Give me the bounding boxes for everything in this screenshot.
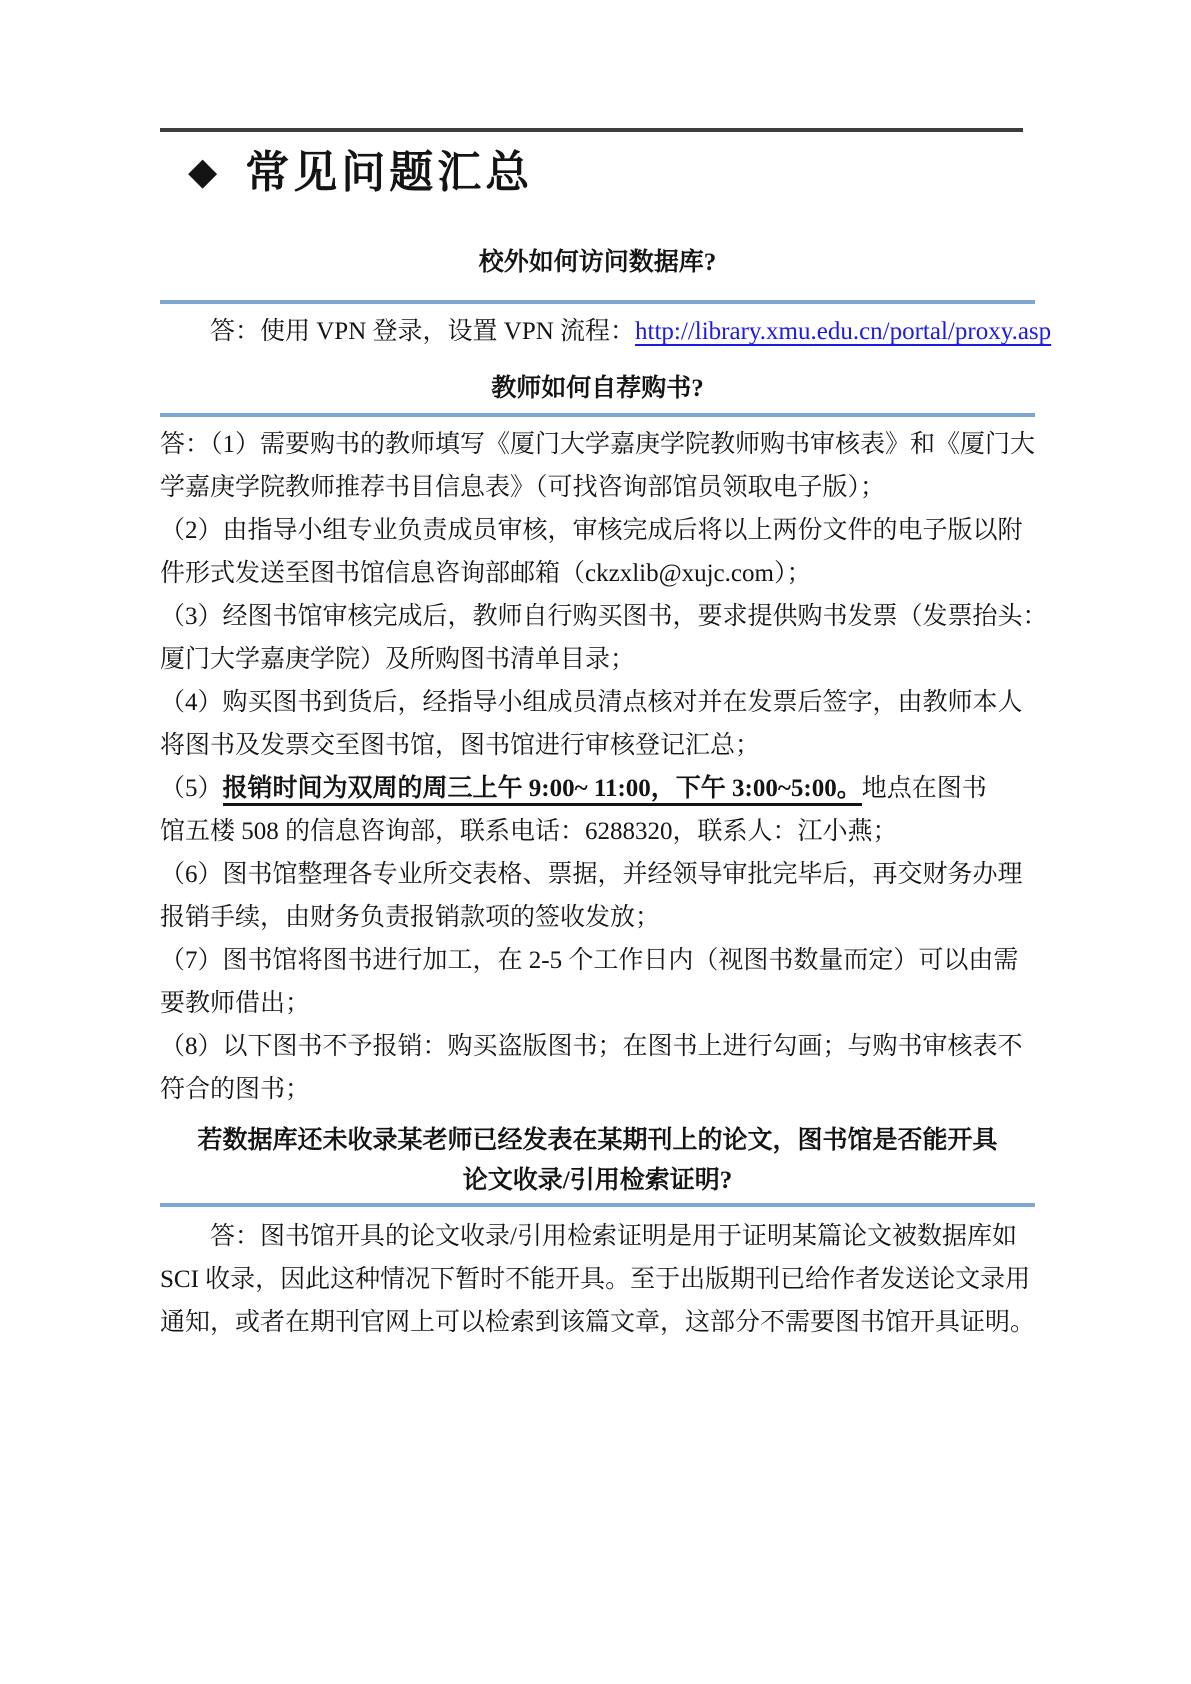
- paragraph-line: 答：（1）需要购书的教师填写《厦门大学嘉庚学院教师购书审核表》和《厦门大: [160, 423, 1035, 466]
- question-heading-book-recommendation: 教师如何自荐购书?: [160, 374, 1035, 417]
- answer-citation-certificate: 答：图书馆开具的论文收录/引用检索证明是用于证明某篇论文被数据库如 SCI 收录…: [160, 1215, 1035, 1344]
- paragraph-line: 件形式发送至图书馆信息咨询部邮箱（ckzxlib@xujc.com）；: [160, 552, 1035, 595]
- paragraph-line: 将图书及发票交至图书馆，图书馆进行审核登记汇总；: [160, 724, 1035, 767]
- paragraph-line: （7）图书馆将图书进行加工，在 2-5 个工作日内（视图书数量而定）可以由需: [160, 939, 1035, 982]
- question-text: 教师如何自荐购书?: [491, 375, 704, 402]
- item5-rest-text: 地点在图书: [862, 775, 987, 802]
- paragraph-line: 厦门大学嘉庚学院）及所购图书清单目录；: [160, 638, 1035, 681]
- paragraph-line: （3）经图书馆审核完成后，教师自行购买图书，要求提供购书发票（发票抬头：: [160, 595, 1035, 638]
- document-page: ◆常见问题汇总 校外如何访问数据库? 答：使用 VPN 登录，设置 VPN 流程…: [160, 0, 1035, 1684]
- question-text-line1: 若数据库还未收录某老师已经发表在某期刊上的论文，图书馆是否能开具: [160, 1121, 1035, 1161]
- question-heading-database-access: 校外如何访问数据库?: [160, 248, 1035, 304]
- answer-prefix-text: 答：使用 VPN 登录，设置 VPN 流程：: [210, 318, 635, 345]
- paragraph-line: （4）购买图书到货后，经指导小组成员清点核对并在发票后签字，由教师本人: [160, 681, 1035, 724]
- answer-database-access: 答：使用 VPN 登录，设置 VPN 流程：http://library.xmu…: [160, 312, 1035, 352]
- top-horizontal-rule: [160, 128, 1023, 132]
- paragraph-line: （8）以下图书不予报销：购买盗版图书；在图书上进行勾画；与购书审核表不: [160, 1025, 1035, 1068]
- document-title-text: 常见问题汇总: [245, 148, 533, 197]
- paragraph-line: 通知，或者在期刊官网上可以检索到该篇文章，这部分不需要图书馆开具证明。: [160, 1301, 1035, 1344]
- diamond-bullet-icon: ◆: [188, 151, 217, 193]
- paragraph-line: （2）由指导小组专业负责成员审核，审核完成后将以上两份文件的电子版以附: [160, 509, 1035, 552]
- vpn-guide-link[interactable]: http://library.xmu.edu.cn/portal/proxy.a…: [635, 318, 1051, 345]
- paragraph-line: SCI 收录，因此这种情况下暂时不能开具。至于出版期刊已给作者发送论文录用: [160, 1258, 1035, 1301]
- question-text-line2: 论文收录/引用检索证明?: [160, 1161, 1035, 1201]
- paragraph-line: 要教师借出；: [160, 982, 1035, 1025]
- paragraph-line: 符合的图书；: [160, 1068, 1035, 1111]
- answer-book-recommendation: 答：（1）需要购书的教师填写《厦门大学嘉庚学院教师购书审核表》和《厦门大 学嘉庚…: [160, 423, 1035, 1111]
- paragraph-line: （6）图书馆整理各专业所交表格、票据，并经领导审批完毕后，再交财务办理: [160, 853, 1035, 896]
- paragraph-line-item5: （5）报销时间为双周的周三上午 9:00~ 11:00，下午 3:00~5:00…: [160, 767, 1035, 810]
- paragraph-line: 答：图书馆开具的论文收录/引用检索证明是用于证明某篇论文被数据库如: [160, 1215, 1035, 1258]
- document-title: ◆常见问题汇总: [160, 142, 1035, 206]
- paragraph-line: 学嘉庚学院教师推荐书目信息表》（可找咨询部馆员领取电子版）；: [160, 466, 1035, 509]
- item5-number: （5）: [160, 775, 223, 802]
- paragraph-line: 馆五楼 508 的信息咨询部，联系电话：6288320，联系人：江小燕；: [160, 810, 1035, 853]
- question-heading-citation-certificate: 若数据库还未收录某老师已经发表在某期刊上的论文，图书馆是否能开具 论文收录/引用…: [160, 1121, 1035, 1207]
- paragraph-line: 报销手续，由财务负责报销款项的签收发放；: [160, 896, 1035, 939]
- item5-reimbursement-time: 报销时间为双周的周三上午 9:00~ 11:00，下午 3:00~5:00。: [223, 775, 862, 806]
- question-text: 校外如何访问数据库?: [479, 249, 717, 276]
